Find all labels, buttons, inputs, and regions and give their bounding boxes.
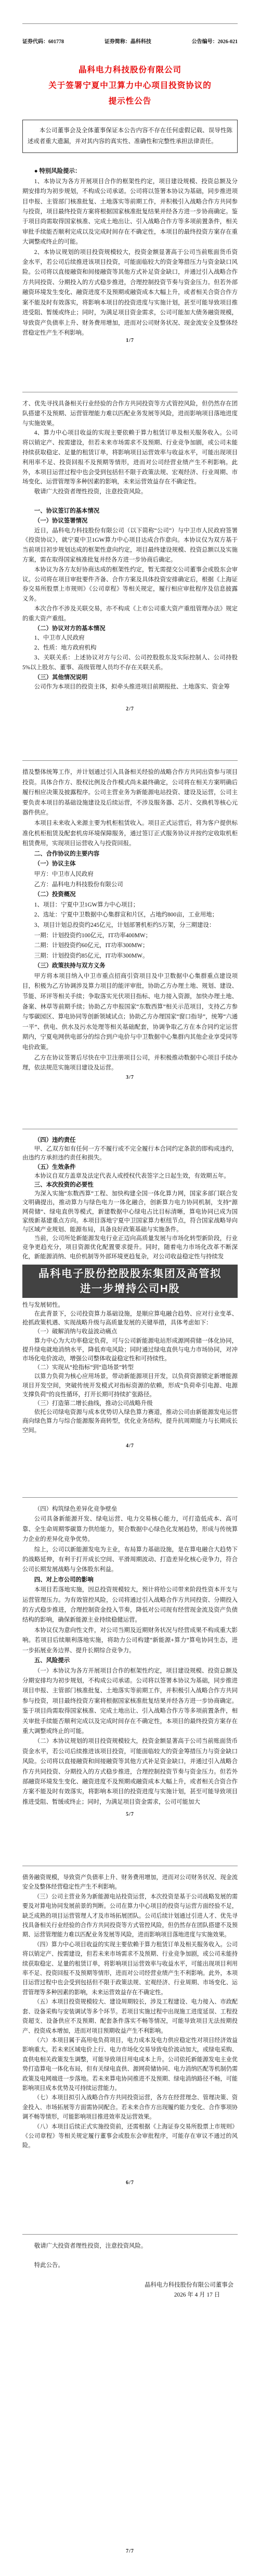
paragraph: 1、中卫市人民政府 (22, 633, 238, 643)
section-heading: （一）协议主体 (22, 859, 238, 870)
paragraph: （一）破解消纳与收益波动痛点 (22, 1328, 238, 1336)
news-overlay-banner[interactable]: 晶科电子股份控股股东集团及高管拟进一步增持公司H股 (22, 1265, 238, 1298)
paragraph: 公司具备新能源开发、绿电运营、电力交易核心能力，可打造低成本、高可靠、全生命周期… (22, 1514, 238, 1545)
section-heading: 五、风险提示 (22, 1656, 238, 1666)
section-heading: ● 特别风险提示： (22, 167, 238, 176)
paragraph: 近日，晶科电力科技股份有限公司（以下简称“公司”）与中卫市人民政府签署《投资协议… (22, 526, 238, 565)
blank-line (22, 2251, 238, 2261)
paragraph-continuation: 才、优先寻找具备相关行业经验的合作方共同投资等方式管控风险，但仍然存在团队搭建不… (22, 399, 238, 428)
paragraph-continuation: 措及整体统筹工作，并计划通过引入具备相关经验的战略合作方共同出资参与项目投资。具… (22, 768, 238, 819)
page-number: 2/7 (0, 706, 260, 712)
paragraph: （四）算力中心项目收益的实现主要依赖于算力租赁订单及相关服务收入。公司将以销定产… (22, 1940, 238, 1997)
paragraph: 1、项目：宁夏中卫1GW算力中心项目； (22, 900, 238, 911)
page: 敬请广大投资者理性投资，注意投资风险。特此公告。晶科电力科技股份有限公司董事会2… (0, 2234, 260, 2576)
page-content: （四）违约责任甲、乙双方如有任何一方不履行或不完全履行本合同约定条款的即构成违约… (22, 1129, 238, 1435)
paragraph-continuation: 性与发展韧性。 (22, 1301, 238, 1310)
paragraph: 为深入实施“东数西算”工程、加快构建全国一体化算力网，国家多部门联合发文明确提出… (22, 1190, 238, 1234)
paragraph: 甲、乙双方如有任何一方不履行或不完全履行本合同约定条款的即构成违约，由违约方承担… (22, 1145, 238, 1163)
page-content: 敬请广大投资者理性投资，注意投资风险。特此公告。晶科电力科技股份有限公司董事会2… (22, 2234, 238, 2301)
page-number: 5/7 (0, 1812, 260, 1817)
paragraph: 乙方：晶科电力科技股份有限公司 (22, 880, 238, 890)
paragraph: 本项目未来收入来源主要为机柜租赁收入。项目正式运营后，将为客户提供标准化机柜租赁… (22, 819, 238, 849)
paragraph: 3、关联关系：上述协议对方与公司、公司控股股东及实际控制人、公司持股5%以上股东… (22, 653, 238, 673)
paragraph: 4、算力中心项目收益的实现主要依赖于算力租赁订单及相关服务收入。公司将以销定产、… (22, 428, 238, 487)
announcement-title: 晶科电力科技股份有限公司 关于签署宁夏中卫算力中心项目投资协议的 提示性公告 (22, 62, 238, 109)
front-matter-spacer (22, 153, 238, 167)
paragraph: （八）本项目后续正式实施投资前，还需根据《上海证券交易所股票上市规则》《公司章程… (22, 2122, 238, 2151)
paragraph: 当前，公司所处新能源发电行业正迈向高质量发展与市场化转型新阶段，行业竞争更趋充分… (22, 1234, 238, 1261)
paragraph: （五）本项目投资规模较大、建设周期较长，涉及工程建设、电力接入、市政配套、设备采… (22, 1997, 238, 2036)
paragraph: （四）构筑绿色差异化竞争壁垒 (22, 1504, 238, 1514)
page-number: 3/7 (0, 1075, 260, 1080)
page-content: （四）构筑绿色差异化竞争壁垒公司具备新能源开发、绿电运营、电力交易核心能力，可打… (22, 1497, 238, 1807)
top-margin (0, 0, 260, 23)
paragraph: 甲方：中卫市人民政府 (22, 870, 238, 880)
paragraph: （三）打造第二增长曲线，推动公司战略升级 (22, 1399, 238, 1408)
paragraph: 以算力负荷为核心应用场景，带动新能源项目开发，以负荷资源锁定新增能源项目开发空间… (22, 1372, 238, 1399)
paragraph: 本协议自双方盖章及法定代表人或授权代表签字之日起生效，有效期五年。 (22, 1172, 238, 1181)
paragraph: 在此背景下，公司投资算力基础设施，是顺应算电融合趋势、应对行业变革、抢抓政策机遇… (22, 1310, 238, 1328)
paragraph: 特此公告。 (22, 2261, 238, 2271)
paragraph: 算力中心为大功率稳定负荷，可与公司新能源电站形成源网荷储一体化协同，提升绿电就地… (22, 1337, 238, 1364)
paragraph: 二期：计划投资约60亿元，IT功率300MW； (22, 941, 238, 951)
news-overlay-banner-text: 晶科电子股份控股股东集团及高管拟 (38, 1266, 222, 1281)
page-content: 措及整体统筹工作，并计划通过引入具备相关经验的战略合作方共同出资参与项目投资。具… (22, 760, 238, 1074)
section-heading: 四、对上市公司的影响 (22, 1575, 238, 1585)
announcement-document: 证券代码：601778 证券简称：晶科科技 公告编号：2026-021 晶科电力… (0, 0, 260, 2576)
paragraph: 本项目若落地实施，因总投资规模较大，预计将给公司带来阶段性资本开支与运营管理压力… (22, 1585, 238, 1626)
paragraph: （三）公司主营业务为新能源电站投资运营，本次投资是基于公司战略发展的需要及对算电… (22, 1892, 238, 1940)
paragraph: 敬请广大投资者理性投资，注意投资风险。 (22, 487, 238, 497)
paragraph: 综上，公司以新能源发电为主业，布局算力基础设施，是在算电融合大趋势下的战略延伸，… (22, 1545, 238, 1575)
page-content: 债务融资规模，导致资产负债率上升、财务费用增加，进而对公司财务状况、现金流安全及… (22, 1866, 238, 2151)
paragraph: 本协议为各方友好协商达成的框架性约定，暂无需提交公司董事会或股东会审议。公司将在… (22, 565, 238, 604)
section-heading: （四）违约责任 (22, 1136, 238, 1145)
paragraph: 3、项目计划总投资约245亿元，计划部署机柜约5万架，分三期建设： (22, 921, 238, 931)
paragraph: 敬请广大投资者理性投资，注意投资风险。 (22, 2241, 238, 2251)
paragraph: （一）本协议为各方开展项目合作的框架性约定，项目建设规模、投资总额及分期安排均为… (22, 1666, 238, 1737)
page: 措及整体统筹工作，并计划通过引入具备相关经验的战略合作方共同出资参与项目投资。具… (0, 760, 260, 1129)
section-heading: 一、协议签订的基本情况 (22, 506, 238, 516)
paragraph: 2、本协议规划的项目投资规模较大，投资金额显著高于公司当前账面货币资金水平，若公… (22, 248, 238, 337)
section-heading: （二）投资概况 (22, 890, 238, 900)
paragraph-continuation: 债务融资规模，导致资产负债率上升、财务费用增加，进而对公司财务状况、现金流安全及… (22, 1873, 238, 1892)
paragraph: 三期：计划投资约85亿元，IT功率300MW。 (22, 951, 238, 962)
section-heading: 二、合作协议的主要内容 (22, 849, 238, 860)
section-heading: （二）协议对方的基本情况 (22, 624, 238, 634)
subject-title-line: 关于签署宁夏中卫算力中心项目投资协议的 (48, 81, 212, 90)
paragraph: （二）实现从“抢指标”到“造场景”转型 (22, 1363, 238, 1372)
paragraph: （二）本协议规划的项目投资规模较大，投资金额显著高于公司当前账面货币资金水平，若… (22, 1737, 238, 1807)
page: 才、优先寻找具备相关行业经验的合作方共同投资等方式管控风险，但仍然存在团队搭建不… (0, 392, 260, 760)
paragraph: （七）本项目拟引入战略合作方共同投资运营，各方在经营理念、管理决策、资金投入、市… (22, 2093, 238, 2122)
blank-line (22, 2271, 238, 2280)
board-disclaimer-box: 本公司董事会及全体董事保证本公告内容不存在任何虚假记载、误导性陈述或者重大遗漏，… (22, 120, 238, 153)
page: 证券代码：601778 证券简称：晶科科技 公告编号：2026-021 晶科电力… (0, 23, 260, 392)
section-heading: （五）生效条件 (22, 1163, 238, 1172)
page: （四）构筑绿色差异化竞争壁垒公司具备新能源开发、绿电运营、电力交易核心能力，可打… (0, 1497, 260, 1866)
section-heading: （三）其他情况说明 (22, 673, 238, 683)
blank-line (22, 497, 238, 506)
page-content: 才、优先寻找具备相关行业经验的合作方共同投资等方式管控风险，但仍然存在团队搭建不… (22, 392, 238, 692)
company-name-title-line: 晶科电力科技股份有限公司 (79, 66, 181, 74)
paragraph: 本协议仅为意向性文件，对公司当期及近期财务状况与经营成果不构成重大影响。若项目后… (22, 1626, 238, 1656)
notice-type-title-line: 提示性公告 (109, 97, 152, 106)
news-overlay-banner-text: 进一步增持公司H股 (80, 1281, 180, 1296)
paragraph: 甲方将本项目纳入中卫市重点招商引资项目及中卫数据中心集群重点建设项目，积极为乙方… (22, 972, 238, 1053)
paragraph: 2、选址：宁夏中卫数据中心集群宣和片区，占地约800亩，工业用地； (22, 910, 238, 921)
section-heading: 三、本次投资的必要性 (22, 1181, 238, 1190)
page-number: 1/7 (0, 338, 260, 343)
paragraph: 2、性质：地方政府机构 (22, 643, 238, 653)
stock-short-name: 证券简称：晶科科技 (105, 37, 151, 47)
section-heading: （一）协议签署情况 (22, 516, 238, 526)
stock-code: 证券代码：601778 (22, 37, 64, 47)
paragraph: 公司作为本项目的投资主体，拟牵头推进项目前期报批、土地落实、资金筹 (22, 682, 238, 692)
page: 债务融资规模，导致资产负债率上升、财务费用增加，进而对公司财务状况、现金流安全及… (0, 1866, 260, 2234)
pages-container: 证券代码：601778 证券简称：晶科科技 公告编号：2026-021 晶科电力… (0, 23, 260, 2576)
paragraph: 一期：计划投资约100亿元，IT功率400MW； (22, 931, 238, 941)
page-number: 6/7 (0, 2180, 260, 2186)
paragraph: （六）本项目属于高用电负荷项目，电力成本及电力供应稳定性对项目经济效益影响重大。… (22, 2036, 238, 2093)
announcement-number: 公告编号：2026-021 (192, 37, 238, 47)
paragraph: 乙方在协议签署后尽快在中卫注册项目公司，并积极推动数据中心项目手续办理，依法规范… (22, 1053, 238, 1074)
paragraph: 本次合作不涉及关联交易，亦不构成《上市公司重大资产重组管理办法》规定的重大资产重… (22, 604, 238, 624)
security-header-row: 证券代码：601778 证券简称：晶科科技 公告编号：2026-021 (22, 37, 238, 47)
section-heading: （三）政策扶持与双方义务 (22, 961, 238, 972)
paragraph: 依托公司绿电资源与成本优势切入绿色算力赛道，推动公司由新能源发电运营商向绿色算力… (22, 1408, 238, 1435)
page: （四）违约责任甲、乙双方如有任何一方不履行或不完全履行本合同约定条款的即构成违约… (0, 1129, 260, 1497)
signature-company: 晶科电力科技股份有限公司董事会 (22, 2280, 238, 2290)
page-content: 证券代码：601778 证券简称：晶科科技 公告编号：2026-021 晶科电力… (22, 23, 238, 337)
signature-date: 2026 年 4 月 17 日 (22, 2290, 238, 2300)
page-number: 7/7 (0, 2548, 260, 2554)
paragraph: 1、本协议为各方开展项目合作的框架性约定，项目建设规模、投资总额及分期安排均为初… (22, 177, 238, 248)
page-number: 4/7 (0, 1443, 260, 1449)
